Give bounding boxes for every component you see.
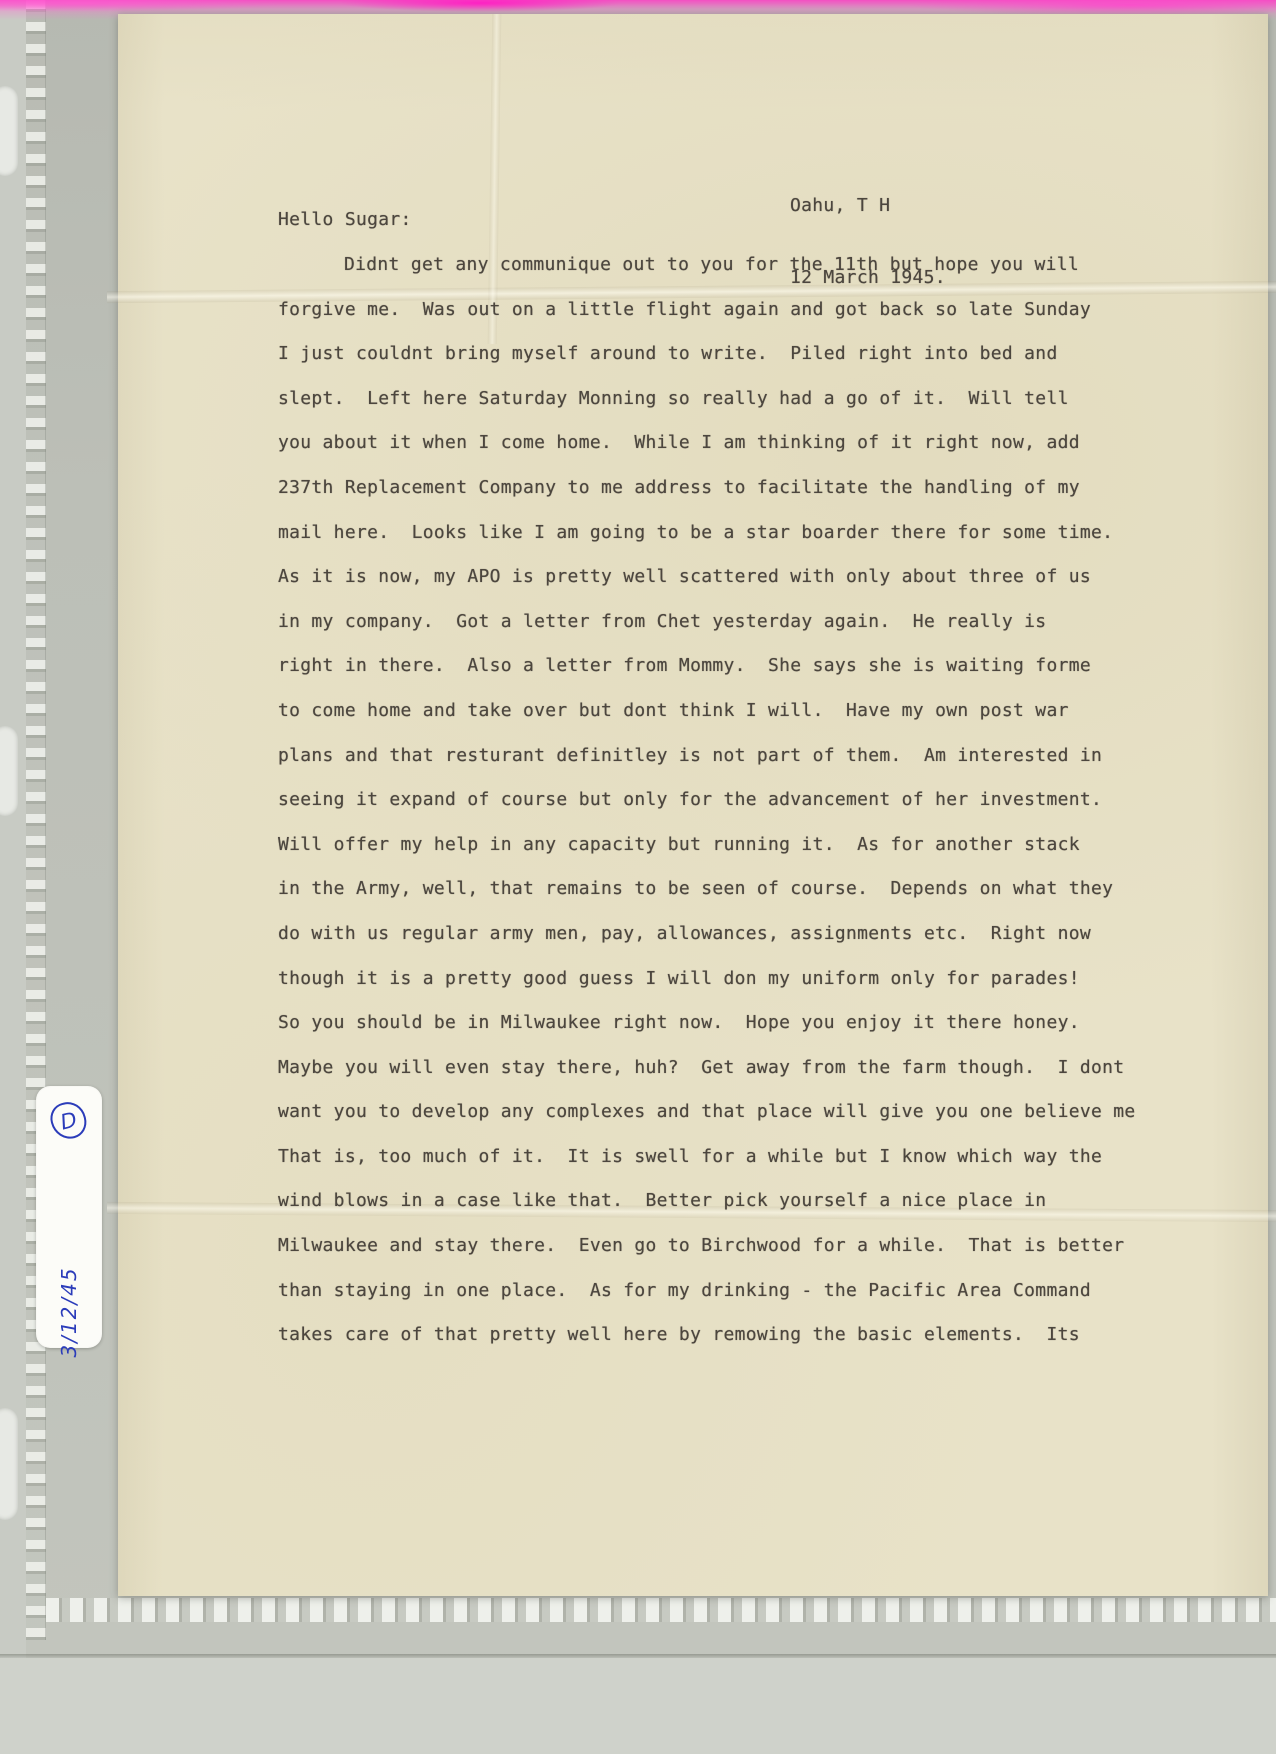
letter-salutation: Hello Sugar: (278, 209, 412, 230)
binder-hole (0, 86, 18, 176)
letter-line: 237th Replacement Company to me address … (278, 466, 1136, 511)
sleeve-bottom-edge (0, 1654, 1276, 1658)
letter-line: seeing it expand of course but only for … (278, 778, 1136, 823)
letter-line: wind blows in a case like that. Better p… (278, 1179, 1136, 1224)
letter-line: to come home and take over but dont thin… (278, 689, 1136, 734)
letter-line: though it is a pretty good guess I will … (278, 957, 1136, 1002)
letter-paper: Oahu, T H 12 March 1945. Hello Sugar: Di… (118, 14, 1268, 1596)
letter-line: forgive me. Was out on a little flight a… (278, 288, 1136, 333)
letter-line: want you to develop any complexes and th… (278, 1090, 1136, 1135)
sleeve-perforation-strip (26, 0, 46, 1640)
letter-line: do with us regular army men, pay, allowa… (278, 912, 1136, 957)
letter-line: As it is now, my APO is pretty well scat… (278, 555, 1136, 600)
letter-line: So you should be in Milwaukee right now.… (278, 1001, 1136, 1046)
circled-letter-annotation: D (47, 1098, 90, 1142)
letter-place: Oahu, T H (790, 194, 946, 218)
binder-hole (0, 726, 18, 816)
sleeve-seal-strip (46, 1598, 1276, 1622)
letter-line: in the Army, well, that remains to be se… (278, 867, 1136, 912)
letter-line: Didnt get any communique out to you for … (278, 243, 1136, 288)
letter-line: I just couldnt bring myself around to wr… (278, 332, 1136, 377)
letter-line: slept. Left here Saturday Monning so rea… (278, 377, 1136, 422)
letter-line: right in there. Also a letter from Mommy… (278, 644, 1136, 689)
letter-line: mail here. Looks like I am going to be a… (278, 511, 1136, 556)
letter-line: That is, too much of it. It is swell for… (278, 1135, 1136, 1180)
archival-sticker: D 3/12/45 (36, 1086, 102, 1348)
letter-line: in my company. Got a letter from Chet ye… (278, 600, 1136, 645)
letter-line: takes care of that pretty well here by r… (278, 1313, 1136, 1358)
scanned-letter-page: Oahu, T H 12 March 1945. Hello Sugar: Di… (0, 0, 1276, 1754)
letter-body: Didnt get any communique out to you for … (278, 243, 1136, 1358)
letter-line: plans and that resturant definitley is n… (278, 734, 1136, 779)
letter-line: you about it when I come home. While I a… (278, 421, 1136, 466)
letter-line: than staying in one place. As for my dri… (278, 1269, 1136, 1314)
letter-line: Milwaukee and stay there. Even go to Bir… (278, 1224, 1136, 1269)
binder-hole (0, 1408, 18, 1520)
letter-line: Maybe you will even stay there, huh? Get… (278, 1046, 1136, 1091)
letter-line: Will offer my help in any capacity but r… (278, 823, 1136, 868)
handwritten-date-note: 3/12/45 (57, 1266, 81, 1357)
